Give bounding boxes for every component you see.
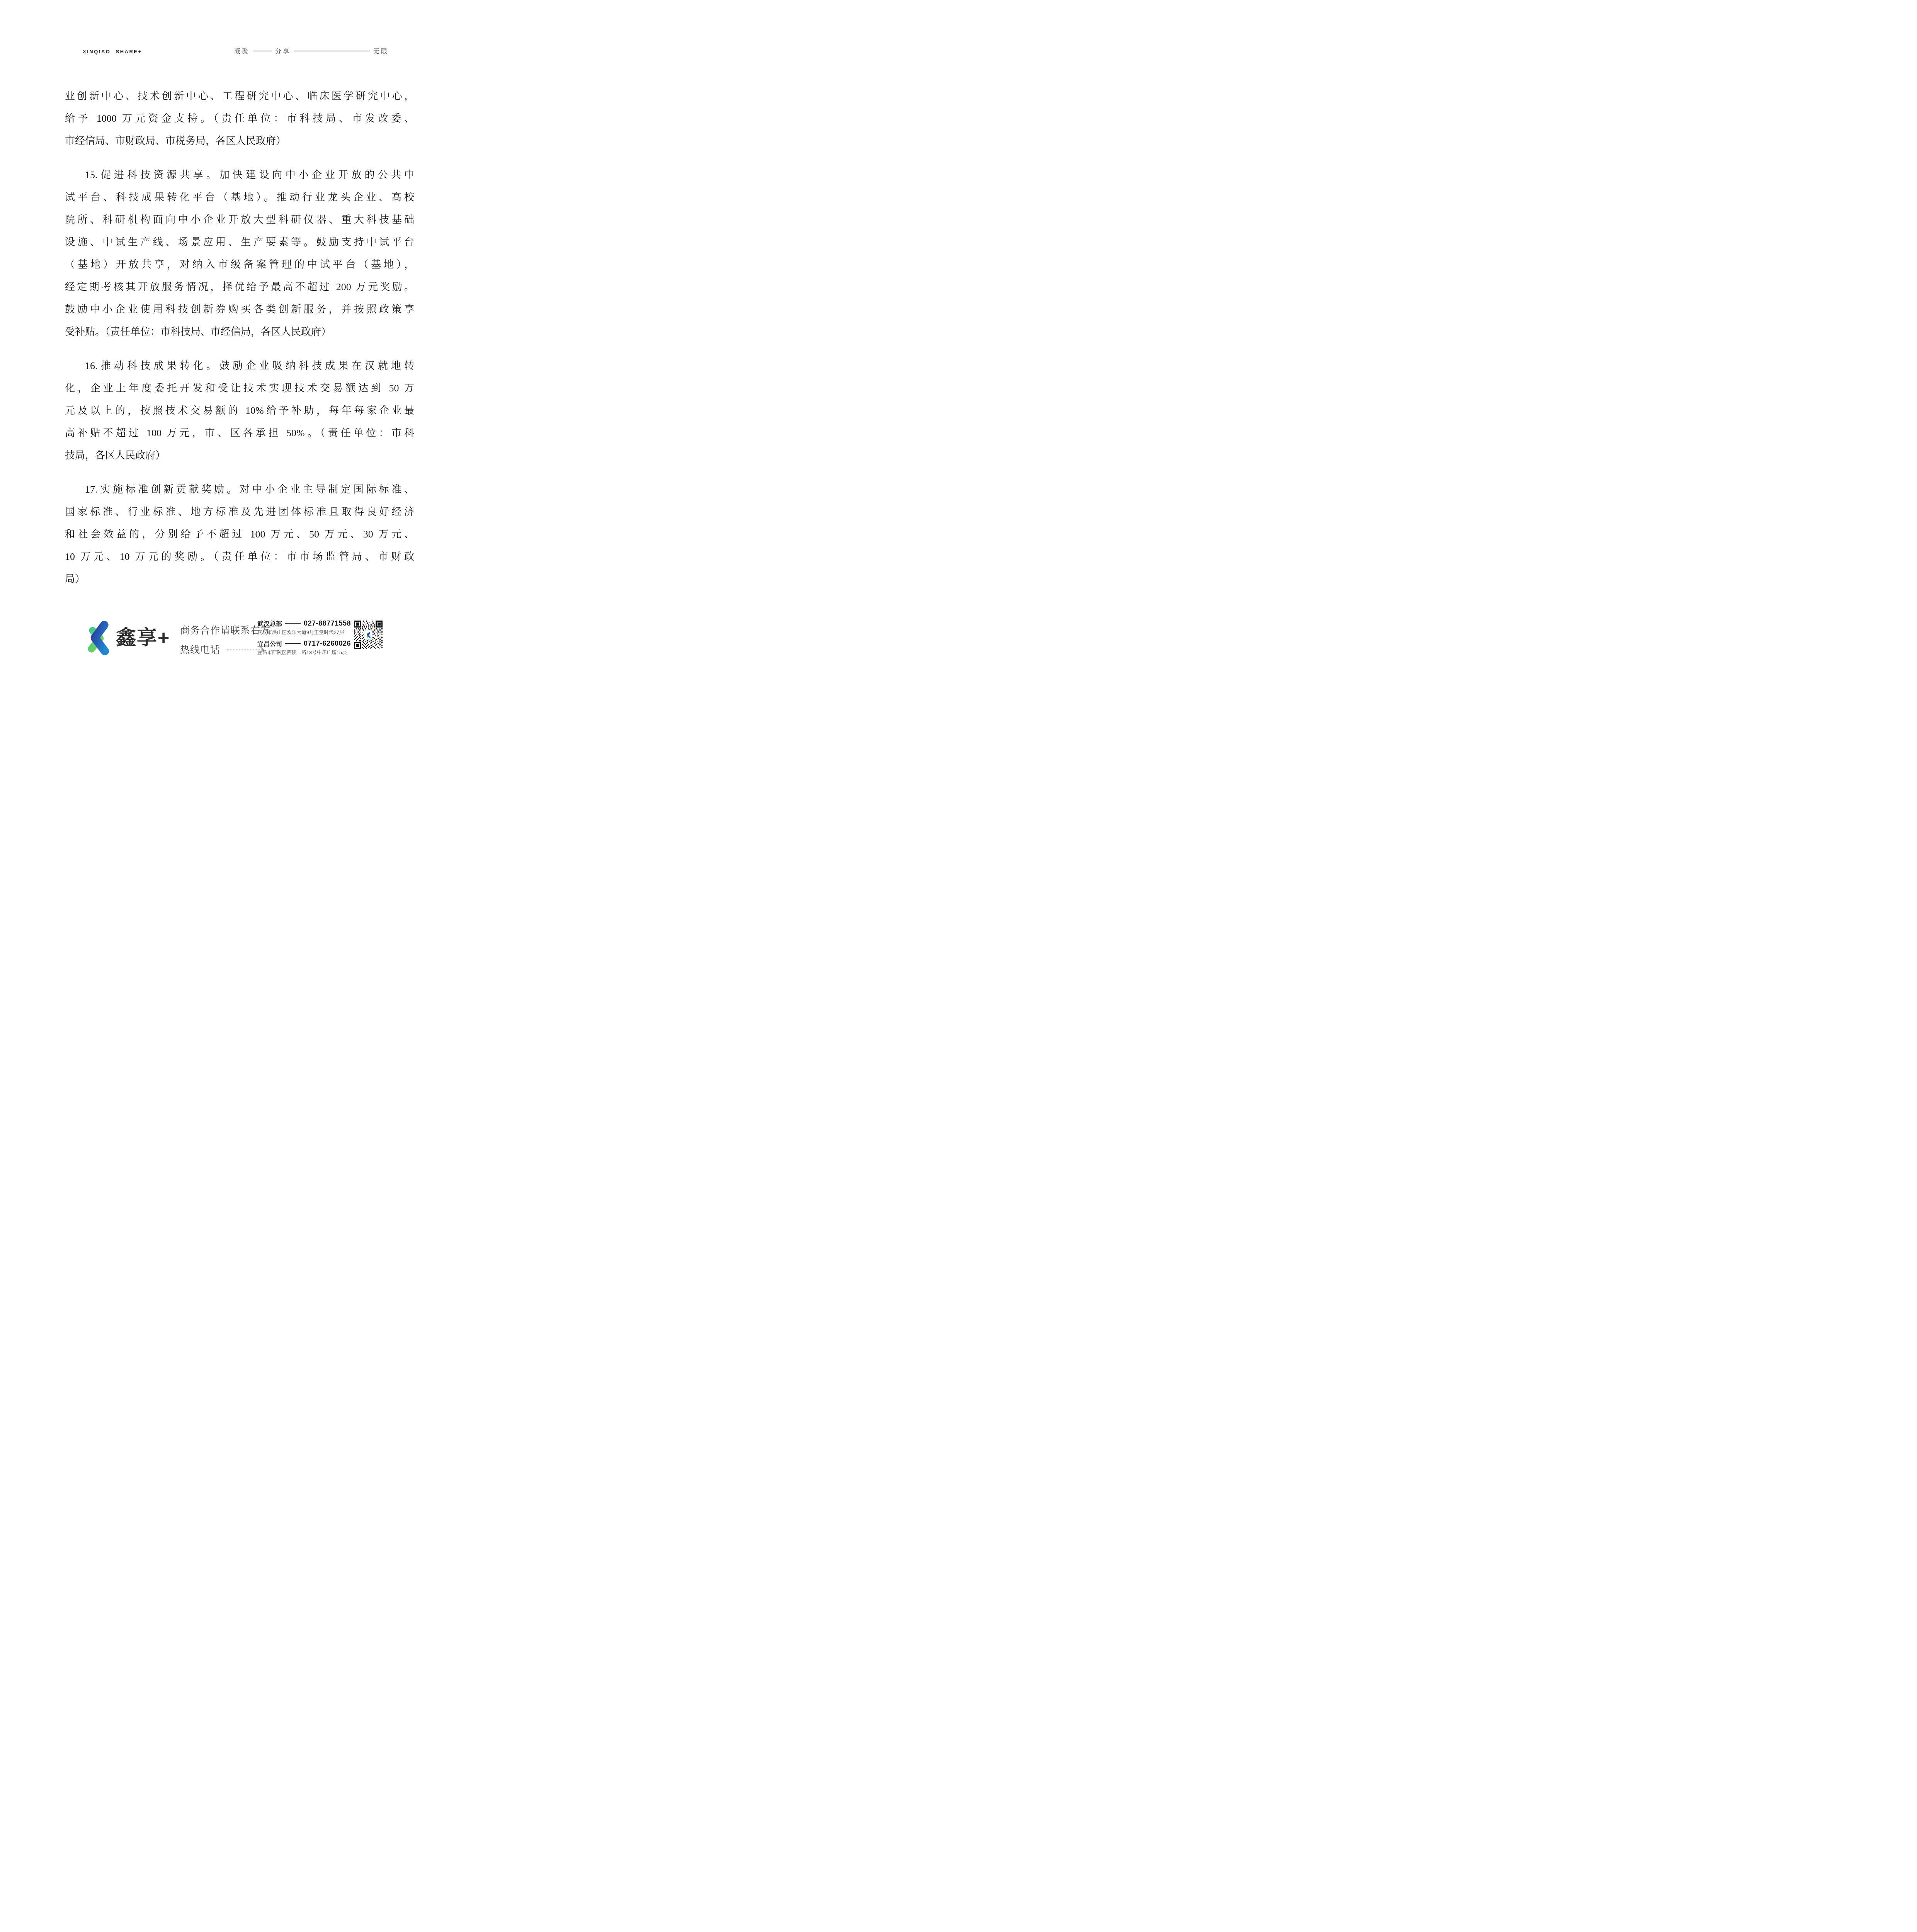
text-line: 市经信局、市财政局、市税务局，各区人民政府）	[65, 130, 414, 152]
text-line: 业创新中心、技术创新中心、工程研究中心、临床医学研究中心，	[65, 85, 414, 107]
text-line: 受补贴。（责任单位：市科技局、市经信局，各区人民政府）	[65, 321, 414, 343]
office-row-wuhan: 武汉总部 027-88771558	[257, 619, 351, 628]
slogan-word-1: 凝聚	[234, 46, 250, 55]
text-line: 局）	[65, 568, 414, 590]
text-line: 元及以上的，按照技术交易额的 10%给予补助，每年每家企业最	[65, 400, 414, 422]
logo-wordmark: 鑫享+	[116, 624, 170, 651]
text-line: （基地）开放共享，对纳入市级备案管理的中试平台（基地），	[65, 253, 414, 276]
text-line: 鼓励中小企业使用科技创新券购买各类创新服务，并按照政策享	[65, 298, 414, 321]
text-line: 国家标准、行业标准、地方标准及先进团体标准且取得良好经济	[65, 501, 414, 523]
qr-center-logo	[364, 630, 373, 640]
text-line: 17.实施标准创新贡献奖励。对中小企业主导制定国际标准、	[65, 478, 414, 501]
office-phone: 0717-6260026	[304, 639, 351, 648]
text-line: 10 万元、10 万元的奖励。（责任单位：市市场监管局、市财政	[65, 546, 414, 568]
text-line: 化，企业上年度委托开发和受让技术实现技术交易额达到 50 万	[65, 377, 414, 400]
slogan-word-3: 无限	[373, 46, 389, 55]
text-line: 院所、科研机构面向中小企业开放大型科研仪器、重大科技基础	[65, 209, 414, 231]
header-rule-short	[253, 51, 272, 51]
text-line: 和社会效益的，分别给予不超过 100 万元、50 万元、30 万元、	[65, 523, 414, 546]
text-line: 16.推动科技成果转化。鼓励企业吸纳科技成果在汉就地转	[65, 355, 414, 377]
office-name: 武汉总部	[257, 619, 282, 628]
office-address: 宜昌市西陵区西陵一路18号中环广场15层	[257, 649, 351, 656]
office-name: 宜昌公司	[257, 639, 282, 648]
document-page: XINQIAO SHARE+ 凝聚 分享 无限 业创新中心、技术创新中心、工程研…	[0, 0, 479, 678]
contact-note-line1: 商务合作请联系右方	[180, 623, 270, 637]
paragraph-16: 16.推动科技成果转化。鼓励企业吸纳科技成果在汉就地转 化，企业上年度委托开发和…	[65, 355, 414, 467]
hotline-label: 热线电话	[180, 642, 220, 656]
paragraph-17: 17.实施标准创新贡献奖励。对中小企业主导制定国际标准、 国家标准、行业标准、地…	[65, 478, 414, 590]
paragraph-15: 15.促进科技资源共享。加快建设向中小企业开放的公共中 试平台、科技成果转化平台…	[65, 164, 414, 343]
text-line: 经定期考核其开放服务情况，择优给予最高不超过 200 万元奖励。	[65, 276, 414, 298]
office-phone: 027-88771558	[304, 619, 351, 628]
text-line: 15.促进科技资源共享。加快建设向中小企业开放的公共中	[65, 164, 414, 186]
office-rule	[285, 643, 301, 644]
paragraph-continued: 业创新中心、技术创新中心、工程研究中心、临床医学研究中心， 给予 1000 万元…	[65, 85, 414, 152]
text-line: 给予 1000 万元资金支持。（责任单位：市科技局、市发改委、	[65, 107, 414, 130]
qr-code	[354, 621, 383, 649]
office-list: 武汉总部 027-88771558 武汉市洪山区欢乐大道9号正堂时代27层 宜昌…	[257, 619, 351, 659]
document-body: 业创新中心、技术创新中心、工程研究中心、临床医学研究中心， 给予 1000 万元…	[65, 85, 414, 590]
header-slogan: 凝聚 分享 无限	[234, 46, 389, 55]
xinqiao-logo-icon	[84, 620, 112, 657]
office-rule	[285, 623, 301, 624]
office-address: 武汉市洪山区欢乐大道9号正堂时代27层	[257, 629, 351, 636]
text-line: 高补贴不超过 100 万元，市、区各承担 50%。（责任单位：市科	[65, 422, 414, 444]
slogan-word-2: 分享	[275, 46, 291, 55]
header-rule-long	[294, 51, 370, 51]
contact-note: 商务合作请联系右方 热线电话	[180, 623, 270, 656]
brand-wordmark: XINQIAO SHARE+	[83, 49, 142, 54]
text-line: 技局，各区人民政府）	[65, 444, 414, 467]
text-line: 试平台、科技成果转化平台（基地）。推动行业龙头企业、高校	[65, 186, 414, 209]
footer: 鑫享+ 商务合作请联系右方 热线电话 武汉总部 027-88771558 武汉市…	[0, 618, 479, 665]
office-row-yichang: 宜昌公司 0717-6260026	[257, 639, 351, 648]
text-line: 设施、中试生产线、场景应用、生产要素等。鼓励支持中试平台	[65, 231, 414, 253]
